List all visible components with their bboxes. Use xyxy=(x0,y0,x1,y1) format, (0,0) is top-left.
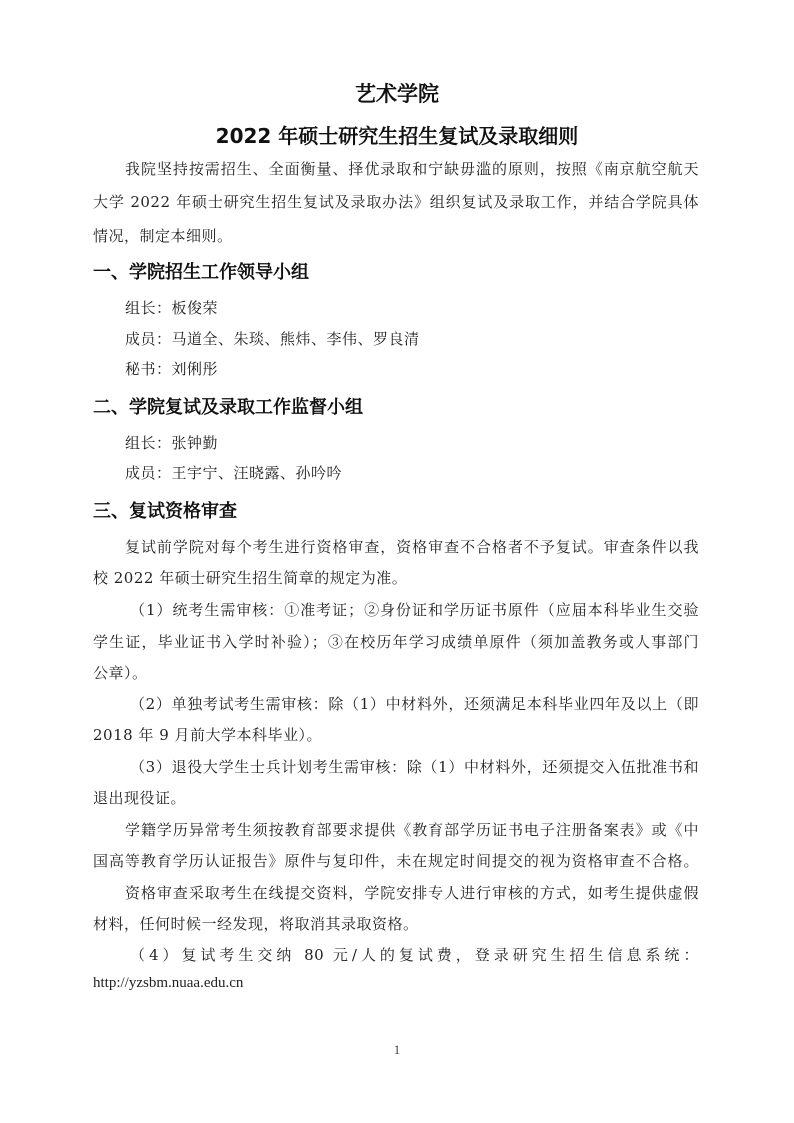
section-heading-3: 三、复试资格审查 xyxy=(93,497,237,523)
secretary-line: 秘书：刘俐彤 xyxy=(125,358,731,379)
document-title-college: 艺术学院 xyxy=(0,78,794,108)
section-heading-2: 二、学院复试及录取工作监督小组 xyxy=(93,393,363,419)
para2-line3: 公章）。 xyxy=(93,662,699,683)
leader-line: 组长：板俊荣 xyxy=(125,297,731,318)
para2-line2: 学生证，毕业证书入学时补验）；③在校历年学习成绩单原件（须加盖教务或人事部门 xyxy=(93,631,699,652)
para1-line2: 校 2022 年硕士研究生招生简章的规定为准。 xyxy=(93,567,699,588)
para4-line1: （3）退役大学生士兵计划考生需审核：除（1）中材料外，还须提交入伍批准书和 xyxy=(130,756,699,777)
para5-line2: 国高等教育学历认证报告》原件与复印件，未在规定时间提交的视为资格审查不合格。 xyxy=(93,850,699,871)
registration-url-link[interactable]: http://yzsbm.nuaa.edu.cn xyxy=(93,975,699,992)
section-heading-1: 一、学院招生工作领导小组 xyxy=(93,258,309,284)
supervisor-members-line: 成员：王宇宁、汪晓露、孙吟吟 xyxy=(125,462,731,483)
intro-line-2: 大学 2022 年硕士研究生招生复试及录取办法》组织复试及录取工作，并结合学院具… xyxy=(93,191,699,212)
document-page: 艺术学院 2022 年硕士研究生招生复试及录取细则 我院坚持按需招生、全面衡量、… xyxy=(0,0,794,1123)
para7-line1: （4）复试考生交纳 80 元/人的复试费，登录研究生招生信息系统： xyxy=(130,944,699,965)
para6-line2: 材料，任何时候一经发现，将取消其录取资格。 xyxy=(93,913,699,934)
para1-line1: 复试前学院对每个考生进行资格审查，资格审查不合格者不予复试。审查条件以我 xyxy=(125,536,699,557)
para4-line2: 退出现役证。 xyxy=(93,787,699,808)
para3-line2: 2018 年 9 月前大学本科毕业）。 xyxy=(93,724,699,745)
para2-line1: （1）统考生需审核：①准考证；②身份证和学历证书原件（应届本科毕业生交验 xyxy=(130,599,699,620)
page-number: 1 xyxy=(0,1042,794,1058)
members-line: 成员：马道全、朱琰、熊炜、李伟、罗良清 xyxy=(125,328,731,349)
supervisor-leader-line: 组长：张钟勤 xyxy=(125,432,731,453)
para3-line1: （2）单独考试考生需审核：除（1）中材料外，还须满足本科毕业四年及以上（即 xyxy=(130,693,699,714)
para6-line1: 资格审查采取考生在线提交资料，学院安排专人进行审核的方式，如考生提供虚假 xyxy=(125,882,699,903)
para5-line1: 学籍学历异常考生须按教育部要求提供《教育部学历证书电子注册备案表》或《中 xyxy=(125,819,699,840)
intro-line-1: 我院坚持按需招生、全面衡量、择优录取和宁缺毋滥的原则，按照《南京航空航天 xyxy=(125,158,699,179)
document-title-main: 2022 年硕士研究生招生复试及录取细则 xyxy=(0,120,794,149)
intro-line-3: 情况，制定本细则。 xyxy=(93,225,699,246)
